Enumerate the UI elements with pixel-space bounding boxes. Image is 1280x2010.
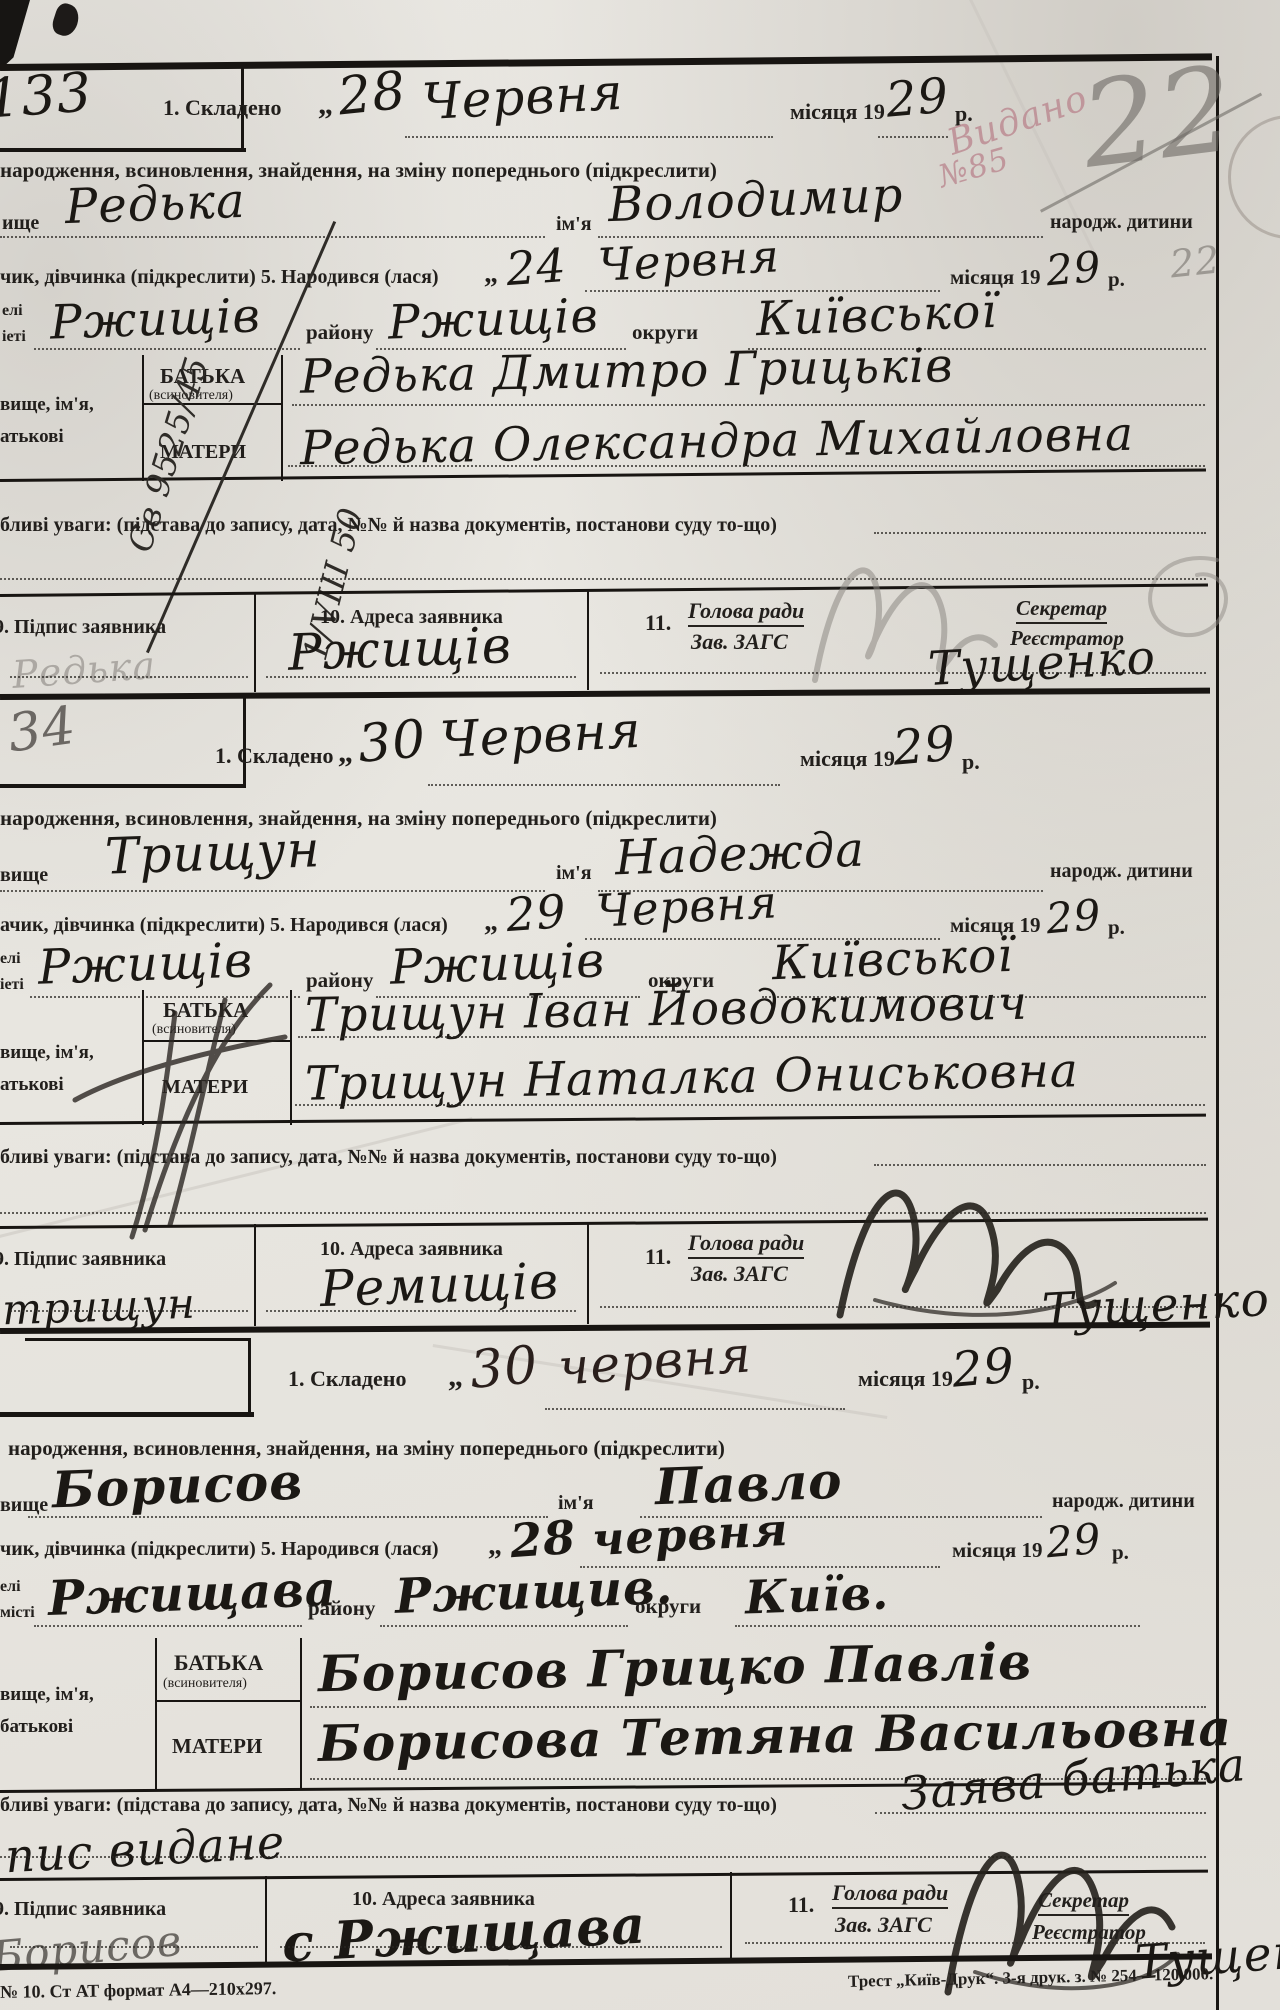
r3-district-dotline	[380, 1625, 628, 1627]
r3-okruga-label: округи	[635, 1594, 701, 1619]
r3-sig-11-label: 11.	[788, 1892, 814, 1918]
r1-sig-dotline-2	[266, 676, 576, 678]
r2-address-value: Ремищів	[319, 1252, 560, 1318]
r3-head-label-2: Зав. ЗАГС	[835, 1912, 932, 1938]
r3-compiled-label: 1. Складено	[288, 1366, 406, 1392]
r3-compiled-year: 29	[950, 1337, 1018, 1398]
r2-surname-dotline	[0, 890, 545, 892]
r3-extra-note: пис видане	[4, 1815, 287, 1884]
r3-number-box-right	[248, 1338, 251, 1414]
r1-place-label-top: елі	[2, 302, 23, 320]
r3-born-year: 29	[1044, 1514, 1104, 1568]
r2-record-number: 34	[4, 696, 80, 765]
r2-head-label-2: Зав. ЗАГС	[691, 1261, 788, 1287]
r3-father-value: Борисов Грицко Павлів	[318, 1632, 1033, 1703]
r3-father-label: БАТЬКА	[174, 1650, 263, 1676]
r1-okruga-label: округи	[632, 320, 698, 345]
r2-born-r: р.	[1108, 915, 1125, 940]
r2-sig-dotline-1	[10, 1310, 248, 1312]
r1-sig-applicant-label: 9. Підпис заявника	[0, 616, 166, 639]
r1-surname-dotline	[0, 236, 545, 238]
r3-applicant-signature: Борисов	[0, 1916, 184, 1981]
r1-parent-box-right	[281, 355, 283, 481]
r1-surname-value: Редька	[64, 173, 246, 235]
r2-born-year: 29	[1044, 890, 1104, 944]
r2-sig-11-label: 11.	[645, 1244, 671, 1270]
r1-notes-dotline	[874, 532, 1206, 534]
r1-compiled-day: 28	[335, 61, 409, 128]
footer-left: № 10. Ст АТ формат А4—210х297.	[0, 1978, 276, 2003]
r1-compiled-dotline	[405, 136, 773, 138]
r3-place-label-bottom: місті	[0, 1604, 35, 1622]
r2-sig-divider-2	[587, 1222, 589, 1324]
r1-sig-top-rule	[0, 583, 1208, 597]
r3-r-label: р.	[1022, 1369, 1040, 1395]
r3-born-month: червня	[591, 1503, 790, 1566]
r3-district-label: району	[308, 1596, 375, 1621]
r3-father-sub-label: (всиновителя)	[163, 1676, 247, 1692]
r1-born-month: Червня	[597, 229, 781, 291]
r2-mother-dotline	[295, 1104, 1205, 1106]
r1-sig-dotline-1	[10, 676, 248, 678]
r2-father-dotline	[298, 1036, 1206, 1038]
r2-applicant-signature: трищун	[1, 1279, 196, 1335]
r1-born-r: р.	[1108, 267, 1125, 292]
r3-surname-label: вище	[0, 1494, 48, 1517]
r1-district-value: Ржищів	[387, 288, 600, 350]
r1-mother-dotline	[288, 465, 1205, 467]
r3-secretary-label-1: Секретар	[1038, 1888, 1129, 1916]
r2-compiled-label: 1. Складено	[215, 743, 333, 769]
r2-born-open-quote: „	[484, 906, 498, 938]
r3-born-r: р.	[1112, 1540, 1129, 1565]
r2-child-label: народж. дитини	[1050, 860, 1193, 883]
r1-born-label: чик, дівчинка (підкреслити) 5. Народився…	[0, 266, 439, 289]
r3-number-box-top	[25, 1338, 250, 1341]
r2-open-quote: „	[338, 736, 353, 770]
r2-head-label-1: Голова ради	[688, 1230, 804, 1259]
r2-born-month: Червня	[595, 875, 779, 937]
r2-ink-scribble	[20, 975, 330, 1245]
r3-compiled-dotline	[545, 1408, 845, 1410]
r1-notes-label: бливі уваги: (підстава до запису, дата, …	[0, 514, 777, 537]
r1-number-box-bottom	[0, 148, 246, 152]
r2-sig-divider-1	[254, 1224, 256, 1326]
r1-child-label: народж. дитини	[1050, 211, 1193, 234]
r1-parents-label-bottom: атькові	[0, 426, 64, 448]
r1-sig-dotline-3	[600, 672, 1206, 674]
r1-head-label-2: Зав. ЗАГС	[691, 629, 788, 655]
r3-compiled-day: 30	[468, 1335, 541, 1401]
r3-district-value: Ржищив.	[394, 1559, 674, 1625]
r3-sig-applicant-label: 9. Підпис заявника	[0, 1898, 166, 1921]
r3-notes-dotline	[875, 1812, 1206, 1814]
r3-sig-dotline-1	[10, 1946, 258, 1948]
r3-compiled-month: червня	[556, 1325, 753, 1396]
r3-place-label-top: елі	[0, 1578, 21, 1596]
r2-father-value: Трищун Іван Йовдокимович	[305, 976, 1029, 1044]
r2-sig-dotline-2	[266, 1310, 576, 1312]
r3-okruga-value: Київ.	[744, 1566, 890, 1625]
r3-sig-dotline-3	[745, 1942, 1205, 1944]
r2-compiled-year: 29	[891, 715, 959, 776]
r3-sig-divider-2	[730, 1872, 732, 1962]
r3-surname-value: Борисов	[51, 1452, 304, 1520]
r2-compiled-month: Червня	[439, 701, 643, 769]
r2-sig-dotline-3	[600, 1306, 1206, 1308]
r1-margin-pencil-22: 22	[1168, 237, 1223, 286]
r1-okruga-value: Київської	[755, 284, 998, 347]
r3-open-quote: „	[448, 1360, 463, 1394]
r2-surname-label: вище	[0, 864, 48, 887]
r2-place-label-top: елі	[0, 950, 21, 968]
r1-compiled-label: 1. Складено	[163, 95, 281, 121]
r2-compiled-day: 30	[356, 709, 429, 775]
r2-number-box-bottom	[0, 784, 246, 788]
r1-record-number: 133	[0, 60, 94, 130]
r3-born-month19: місяця 19	[952, 1538, 1043, 1563]
torn-corner-spot	[50, 1, 83, 39]
r2-name-label: ім'я	[556, 862, 592, 885]
r2-notes-label: бливі уваги: (підстава до запису, дата, …	[0, 1146, 777, 1169]
r3-parents-label-top: вище, ім'я,	[0, 1684, 94, 1706]
torn-corner	[0, 0, 30, 70]
r3-child-label: народж. дитини	[1052, 1490, 1195, 1513]
r1-address-value: Ржищів	[287, 616, 513, 682]
r1-village-value: Ржищів	[49, 288, 262, 350]
r1-applicant-signature: Редька	[11, 643, 158, 697]
r1-sig-divider-1	[254, 592, 256, 692]
r2-compiled-dotline	[428, 784, 780, 786]
r2-sig-applicant-label: 9. Підпис заявника	[0, 1248, 166, 1271]
r1-village-dotline	[34, 348, 300, 350]
r1-pencil-note-number: №85	[934, 141, 1013, 195]
r1-name-value: Володимир	[607, 167, 904, 233]
scanned-birth-register-page: 133 1. Складено „ 28 Червня місяця 19 29…	[0, 0, 1280, 2010]
r2-r-label: р.	[962, 749, 980, 775]
r1-born-day: 24	[504, 238, 568, 296]
r2-mother-value: Трищун Наталка Ониськовна	[305, 1043, 1080, 1111]
r3-parent-box-divider	[155, 1700, 302, 1702]
r1-father-dotline	[292, 404, 1205, 406]
r1-compiled-year: 29	[884, 67, 952, 128]
r1-compiled-month: Червня	[421, 63, 625, 131]
r3-mother-label: МАТЕРИ	[172, 1734, 262, 1759]
r2-divider	[0, 688, 1210, 700]
r2-number-box-right	[243, 698, 246, 786]
r1-born-open-quote: „	[484, 258, 498, 290]
r1-secretary-signature: Тущенко	[927, 630, 1157, 697]
r1-head-label-1: Голова ради	[688, 598, 804, 627]
r3-surname-dotline	[28, 1516, 548, 1518]
r3-number-box-bottom	[0, 1412, 254, 1417]
r3-parent-box-right	[300, 1638, 302, 1790]
r3-notes-label: бливі уваги: (підстава до запису, дата, …	[0, 1794, 777, 1817]
r1-sig-11-label: 11.	[645, 610, 671, 636]
r2-surname-value: Трищун	[104, 820, 321, 885]
r3-sig-divider-1	[265, 1876, 267, 1964]
r1-surname-label: ище	[2, 212, 39, 235]
r3-born-label: чик, дівчинка (підкреслити) 5. Народився…	[0, 1538, 439, 1561]
r3-born-day: 28	[508, 1510, 578, 1568]
r3-month19-label: місяця 19	[858, 1366, 953, 1392]
r1-open-quote: „	[318, 88, 333, 122]
r1-district-label: району	[306, 320, 373, 345]
r1-blank-dotline	[0, 578, 1206, 580]
r1-parents-label-top: вище, ім'я,	[0, 394, 94, 416]
r3-born-open-quote: „	[488, 1530, 502, 1562]
r3-village-dotline	[34, 1625, 302, 1627]
r1-month19-label: місяця 19	[790, 99, 885, 125]
r3-parent-box-left	[155, 1638, 157, 1790]
r1-father-value: Редька Дмитро Грицьків	[300, 338, 954, 404]
r1-parent-box-left	[142, 355, 144, 481]
r1-born-year: 29	[1044, 242, 1104, 296]
r1-sig-divider-2	[587, 590, 589, 690]
r1-secretary-label-1: Секретар	[1016, 596, 1107, 624]
r3-parents-label-bottom: батькові	[0, 1716, 73, 1738]
r2-month19-label: місяця 19	[800, 746, 895, 772]
r3-village-value: Ржищава	[47, 1561, 338, 1627]
r1-year-dotline	[878, 136, 948, 138]
r3-sig-dotline-2	[280, 1946, 722, 1948]
r3-okruga-dotline	[735, 1625, 1140, 1627]
r1-name-label: ім'я	[556, 213, 592, 236]
r1-place-label-bottom: іеті	[2, 328, 26, 346]
